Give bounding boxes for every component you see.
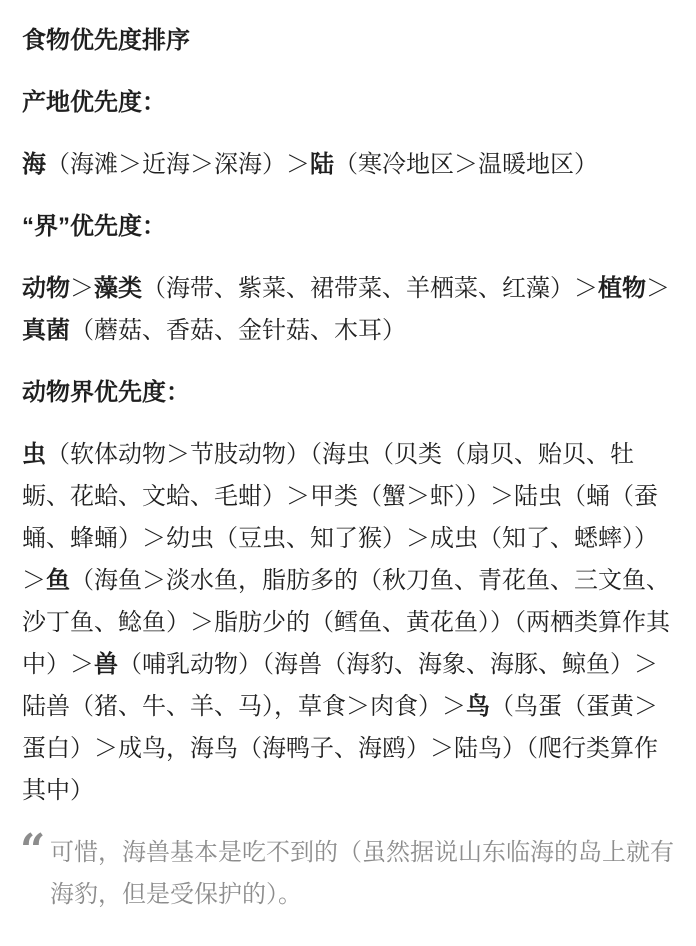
emphasis-term: “界”优先度： <box>22 213 166 240</box>
animal-kingdom-priority-ranking: 虫（软体动物＞节肢动物）（海虫（贝类（扇贝、贻贝、牡蛎、花蛤、文蛤、毛蚶）＞甲类… <box>22 434 674 812</box>
quote-block: “ 可惜，海兽基本是吃不到的（虽然据说山东临海的岛上就有海豹，但是受保护的）。 <box>22 832 674 916</box>
double-quote-icon: “ <box>20 829 45 873</box>
emphasis-term: 陆 <box>310 151 334 178</box>
page: { "colors": { "text": "#1f1f1f", "quote"… <box>0 0 696 946</box>
emphasis-term: 动物 <box>22 275 70 302</box>
emphasis-term: 真菌 <box>22 317 70 344</box>
emphasis-term: 鱼 <box>46 567 70 594</box>
text-run: （海滩＞近海＞深海）＞ <box>46 151 310 178</box>
quote-text: 可惜，海兽基本是吃不到的（虽然据说山东临海的岛上就有海豹，但是受保护的）。 <box>50 832 674 916</box>
text-run: （寒冷地区＞温暖地区） <box>334 151 598 178</box>
text-run: （海带、紫菜、裙带菜、羊栖菜、红藻）＞ <box>142 275 598 302</box>
emphasis-term: 藻类 <box>94 275 142 302</box>
emphasis-term: 虫 <box>22 441 46 468</box>
origin-priority-ranking: 海（海滩＞近海＞深海）＞陆（寒冷地区＞温暖地区） <box>22 144 674 186</box>
article: 食物优先度排序 产地优先度：海（海滩＞近海＞深海）＞陆（寒冷地区＞温暖地区）“界… <box>0 0 696 946</box>
text-run: （蘑菇、香菇、金针菇、木耳） <box>70 317 406 344</box>
emphasis-term: 动物界优先度： <box>22 379 190 406</box>
kingdom-priority-ranking: 动物＞藻类（海带、紫菜、裙带菜、羊栖菜、红藻）＞植物＞真菌（蘑菇、香菇、金针菇、… <box>22 268 674 352</box>
emphasis-term: 鸟 <box>466 693 490 720</box>
article-title: 食物优先度排序 <box>22 20 674 62</box>
text-run: ＞ <box>646 275 670 302</box>
kingdom-priority-heading: “界”优先度： <box>22 206 674 248</box>
article-body: 产地优先度：海（海滩＞近海＞深海）＞陆（寒冷地区＞温暖地区）“界”优先度：动物＞… <box>22 82 674 812</box>
emphasis-term: 兽 <box>94 651 118 678</box>
animal-kingdom-priority-heading: 动物界优先度： <box>22 372 674 414</box>
text-run: ＞ <box>70 275 94 302</box>
origin-priority-heading: 产地优先度： <box>22 82 674 124</box>
emphasis-term: 产地优先度： <box>22 89 166 116</box>
emphasis-term: 海 <box>22 151 46 178</box>
emphasis-term: 植物 <box>598 275 646 302</box>
